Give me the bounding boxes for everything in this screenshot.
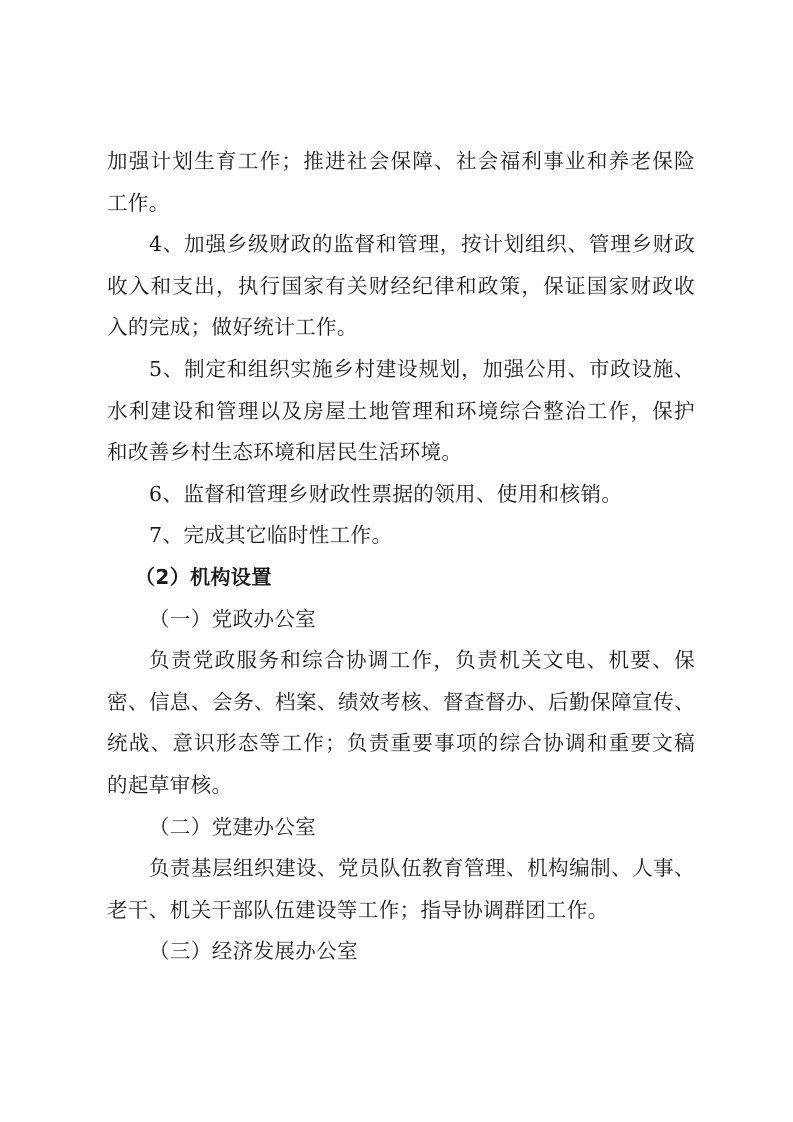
text-line: 密、信息、会务、档案、绩效考核、督查督办、后勤保障宣传、 xyxy=(107,682,695,724)
text-line: 统战、意识形态等工作；负责重要事项的综合协调和重要文稿 xyxy=(107,723,695,765)
text-line: 负责基层组织建设、党员队伍教育管理、机构编制、人事、 xyxy=(107,848,695,890)
text-line: 入的完成；做好统计工作。 xyxy=(107,307,695,349)
paragraph-item-5: 5、制定和组织实施乡村建设规划，加强公用、市政设施、 水利建设和管理以及房屋土地… xyxy=(107,349,695,474)
text-line: 4、加强乡级财政的监督和管理，按计划组织、管理乡财政 xyxy=(107,224,695,266)
paragraph-social-security: 加强计划生育工作；推进社会保障、社会福利事业和养老保险 工作。 xyxy=(107,141,695,224)
text-line: 工作。 xyxy=(107,183,695,225)
text-line: 和改善乡村生态环境和居民生活环境。 xyxy=(107,432,695,474)
document-page: 加强计划生育工作；推进社会保障、社会福利事业和养老保险 工作。 4、加强乡级财政… xyxy=(107,141,695,973)
text-line: 负责党政服务和综合协调工作，负责机关文电、机要、保 xyxy=(107,640,695,682)
text-line: 的起草审核。 xyxy=(107,765,695,807)
paragraph-party-office-duties: 负责党政服务和综合协调工作，负责机关文电、机要、保 密、信息、会务、档案、绩效考… xyxy=(107,640,695,806)
subsection-heading-party-building-office: （二）党建办公室 xyxy=(107,807,695,849)
text-line: 水利建设和管理以及房屋土地管理和环境综合整治工作，保护 xyxy=(107,391,695,433)
section-heading: （2）机构设置 xyxy=(107,557,695,599)
paragraph-party-building-duties: 负责基层组织建设、党员队伍教育管理、机构编制、人事、 老干、机关干部队伍建设等工… xyxy=(107,848,695,931)
text-line: 老干、机关干部队伍建设等工作；指导协调群团工作。 xyxy=(107,890,695,932)
text-line: 7、完成其它临时性工作。 xyxy=(107,515,695,557)
text-line: 收入和支出，执行国家有关财经纪律和政策，保证国家财政收 xyxy=(107,266,695,308)
paragraph-item-4: 4、加强乡级财政的监督和管理，按计划组织、管理乡财政 收入和支出，执行国家有关财… xyxy=(107,224,695,349)
paragraph-item-6: 6、监督和管理乡财政性票据的领用、使用和核销。 xyxy=(107,474,695,516)
text-line: 5、制定和组织实施乡村建设规划，加强公用、市政设施、 xyxy=(107,349,695,391)
subsection-heading-party-office: （一）党政办公室 xyxy=(107,599,695,641)
text-line: 6、监督和管理乡财政性票据的领用、使用和核销。 xyxy=(107,474,695,516)
text-line: 加强计划生育工作；推进社会保障、社会福利事业和养老保险 xyxy=(107,141,695,183)
subsection-heading-economic-office: （三）经济发展办公室 xyxy=(107,931,695,973)
paragraph-item-7: 7、完成其它临时性工作。 xyxy=(107,515,695,557)
